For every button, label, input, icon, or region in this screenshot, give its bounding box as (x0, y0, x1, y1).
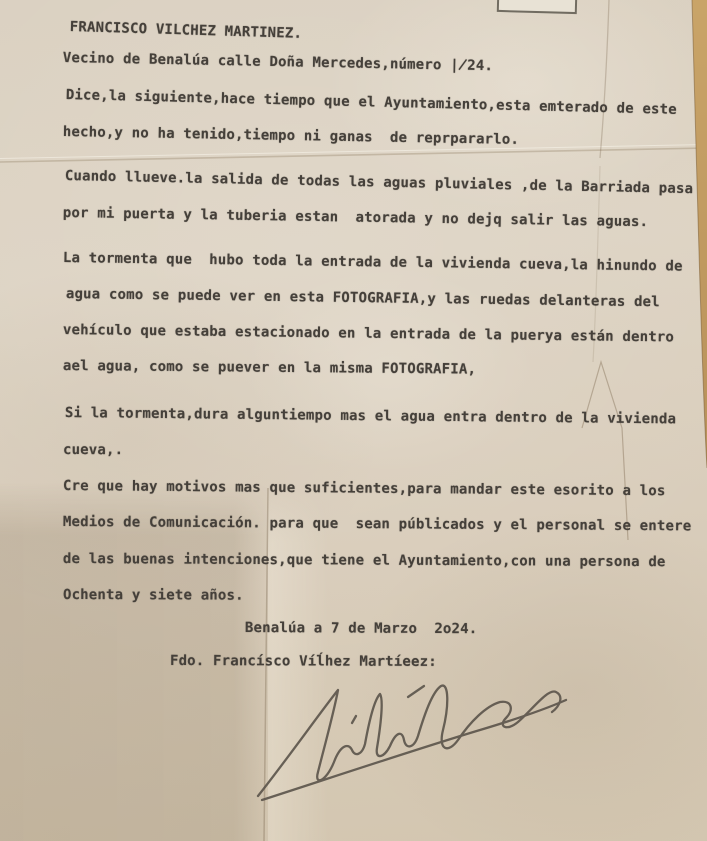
background-paper-corner (497, 0, 577, 14)
letter-body-line: cueva,. (63, 442, 123, 458)
letter-body-line: Ochenta y siete años. (63, 587, 244, 604)
letter-body-line: de las buenas intenciones,que tiene el A… (63, 551, 666, 570)
letter-date-line: Benalúa a 7 de Marzo 2o24. (245, 620, 478, 637)
letter-photo: FRANCISCO VILCHEZ MARTINEZ. Vecino de Be… (0, 0, 707, 841)
letter-signed-by-line: Fdo. Francísco Víĺhez Martíeez: (170, 653, 437, 670)
